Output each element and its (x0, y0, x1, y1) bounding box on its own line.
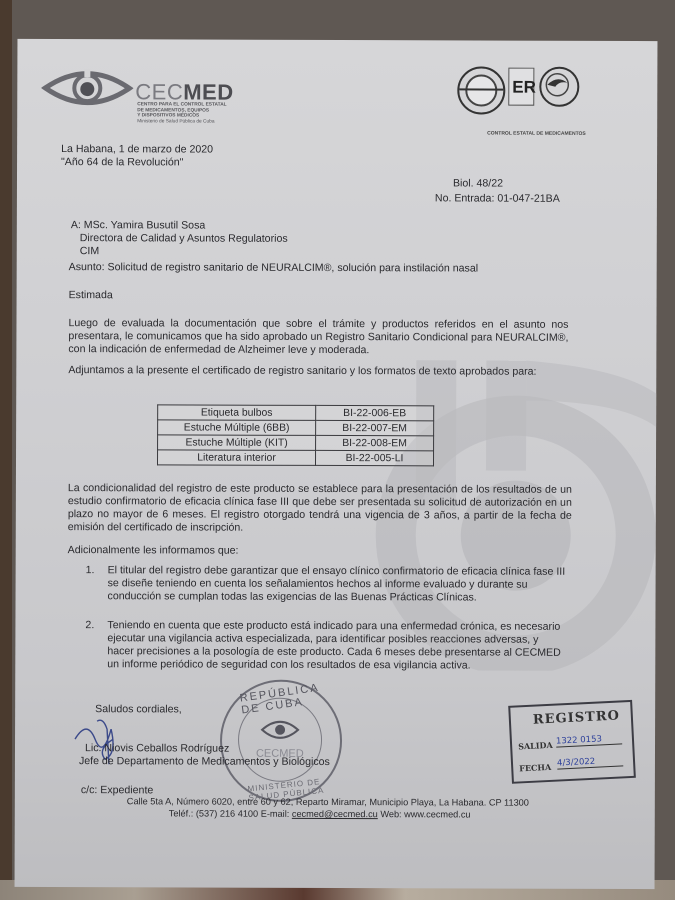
logo-text-part-2: MED (183, 79, 233, 104)
fecha-value: 4/3/2022 (557, 755, 623, 769)
format-item: Estuche Múltiple (6BB) (158, 420, 316, 436)
point-2: 2. Teniendo en cuenta que este producto … (85, 619, 567, 673)
official-round-seal: REPÚBLICA DE CUBA CECMED MINISTERIO DE S… (220, 680, 342, 802)
subtitle-line: Ministerio de Salud Pública de Cuba (137, 119, 226, 125)
point-number: 1. (86, 564, 95, 577)
paragraph-approval: Luego de evaluada la documentación que s… (68, 317, 568, 358)
salida-value: 1322 0153 (556, 733, 622, 747)
table-row: Estuche Múltiple (6BB)BI-22-007-EM (158, 420, 434, 436)
footer-phone: Teléf.: (537) 216 4100 E-mail: (169, 808, 292, 818)
format-item: Etiqueta bulbos (158, 405, 316, 421)
footer-web: Web: www.cecmed.cu (378, 809, 471, 819)
subtitle-line: CENTRO PARA EL CONTROL ESTATAL (137, 102, 226, 108)
format-code: BI-22-007-EM (316, 420, 434, 435)
registro-title: REGISTRO (533, 708, 621, 727)
control-estatal-caption: CONTROL ESTATAL DE MEDICAMENTOS (487, 131, 586, 137)
seal-eye-icon (260, 718, 300, 742)
background-table-edge (0, 0, 12, 900)
format-item: Literatura interior (157, 450, 315, 466)
salida-label: SALIDA (518, 740, 553, 752)
cecmed-logo-subtitle: CENTRO PARA EL CONTROL ESTATAL DE MEDICA… (137, 102, 226, 125)
approved-formats-table: Etiqueta bulbosBI-22-006-EB Estuche Múlt… (157, 404, 434, 466)
signer-name: Lic. Niovis Ceballos Rodríguez (85, 742, 229, 756)
cecmed-eye-logo-icon (41, 65, 133, 111)
reference-entrada: No. Entrada: 01-047-21BA (435, 192, 560, 205)
reference-biol: Biol. 48/22 (453, 177, 503, 190)
format-code: BI-22-005-LI (315, 450, 433, 465)
table-row: Literatura interiorBI-22-005-LI (157, 450, 433, 466)
letter-page: CECMED CENTRO PARA EL CONTROL ESTATAL DE… (15, 39, 658, 889)
point-number: 2. (85, 619, 94, 632)
table-row: Etiqueta bulbosBI-22-006-EB (158, 405, 434, 421)
fecha-label: FECHA (519, 762, 551, 774)
paragraph-conditionality: La condicionalidad del registro de este … (68, 482, 572, 536)
quality-seal-icon (539, 67, 579, 107)
er-mark-text: ER (512, 78, 536, 98)
certification-seal-icon (457, 66, 505, 114)
place-date: La Habana, 1 de marzo de 2020 (61, 143, 213, 157)
paragraph-attachments: Adjuntamos a la presente el certificado … (68, 364, 548, 379)
format-code: BI-22-008-EM (316, 435, 434, 450)
footer-contact: Teléf.: (537) 216 4100 E-mail: cecmed@ce… (169, 808, 471, 819)
point-text: El titular del registro debe garantizar … (108, 564, 576, 605)
subject-line: Asunto: Solicitud de registro sanitario … (69, 261, 478, 275)
format-item: Estuche Múltiple (KIT) (158, 435, 316, 451)
footer-email-link[interactable]: cecmed@cecmed.cu (292, 809, 378, 819)
recipient-name: A: MSc. Yamira Busutil Sosa (71, 219, 205, 232)
motto: "Año 64 de la Revolución" (61, 156, 183, 169)
table-row: Estuche Múltiple (KIT)BI-22-008-EM (158, 435, 434, 451)
recipient-title: Directora de Calidad y Asuntos Regulator… (80, 232, 288, 246)
signer-title: Jefe de Departamento de Medicamentos y B… (79, 755, 330, 769)
paragraph-additional: Adicionalmente les informamos que: (68, 544, 239, 558)
salutation: Estimada (69, 289, 113, 302)
registro-stamp: REGISTRO SALIDA 1322 0153 FECHA 4/3/2022 (508, 700, 636, 784)
format-code: BI-22-006-EB (316, 405, 434, 420)
point-text: Teniendo en cuenta que este producto est… (107, 619, 567, 673)
logo-text-part-1: CEC (135, 79, 183, 104)
point-1: 1. El titular del registro debe garantiz… (86, 564, 576, 605)
footer-address: Calle 5ta A, Número 6020, entre 60 y 62,… (127, 796, 529, 807)
er-certification-mark-icon: ER (508, 68, 534, 106)
recipient-org: CIM (80, 245, 99, 258)
